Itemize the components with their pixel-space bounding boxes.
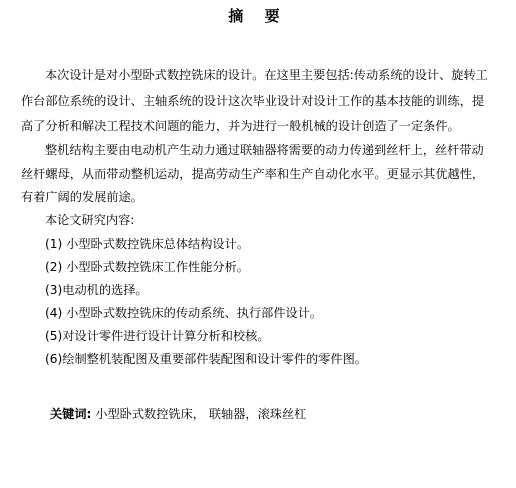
contents-heading: 本论文研究内容:	[45, 213, 134, 227]
abstract-paragraph-1-line-3: 高了分析和解决工程技术问题的能力，并为进行一般机械的设计创造了一定条件。	[21, 119, 460, 133]
keywords-line: 关键词: 小型卧式数控铣床， 联轴器，滚珠丝杠	[50, 407, 306, 421]
contents-item-1: (1) 小型卧式数控铣床总体结构设计。	[45, 237, 249, 251]
contents-item-5: (5)对设计零件进行设计计算分析和校核。	[45, 329, 269, 343]
abstract-paragraph-2-line-1: 整机结构主要由电动机产生动力通过联轴器将需要的动力传递到丝杆上，丝杆带动	[45, 143, 484, 157]
keywords-value: 小型卧式数控铣床， 联轴器，滚珠丝杠	[91, 407, 306, 421]
abstract-paragraph-2-line-3: 有着广阔的发展前途。	[21, 190, 143, 204]
abstract-paragraph-1-line-2: 作台部位系统的设计、主轴系统的设计这次毕业设计对设计工作的基本技能的训练，提	[21, 94, 484, 108]
keywords-label: 关键词:	[50, 407, 91, 421]
contents-item-4: (4) 小型卧式数控铣床的传动系统、执行部件设计。	[45, 306, 322, 320]
contents-item-6: (6)绘制整机装配图及重要部件装配图和设计零件的零件图。	[45, 352, 367, 366]
contents-item-3: (3)电动机的选择。	[45, 283, 148, 297]
abstract-paragraph-1-line-1: 本次设计是对小型卧式数控铣床的设计。在这里主要包括:传动系统的设计、旋转工	[45, 68, 488, 82]
abstract-paragraph-2-line-2: 丝杆螺母，从而带动整机运动，提高劳动生产率和生产自动化水平。更显示其优越性，	[21, 167, 484, 181]
page-title: 摘 要	[0, 5, 516, 26]
contents-item-2: (2) 小型卧式数控铣床工作性能分析。	[45, 260, 249, 274]
